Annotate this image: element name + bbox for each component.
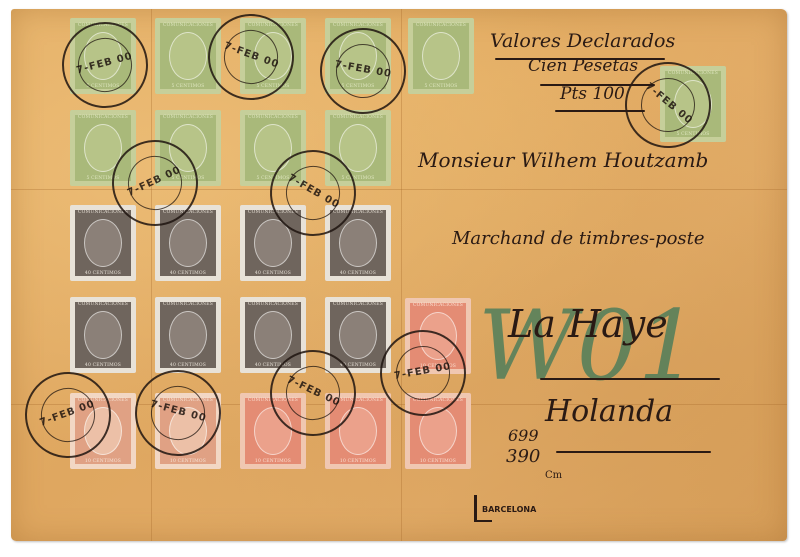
portrait-oval-icon <box>169 32 207 80</box>
declared-value-line2: Cien Pesetas <box>528 56 638 76</box>
portrait-oval-icon <box>254 311 292 359</box>
postmark-date: 7-FEB 00 <box>27 394 108 432</box>
stamp-value-label: 10 CENTIMOS <box>255 459 291 464</box>
stamp-top-label: COMUNICACIONES <box>163 115 213 120</box>
underline <box>556 451 711 453</box>
declared-value-line3: Pts 100 <box>560 84 625 104</box>
stamp-top-label: COMUNICACIONES <box>163 302 213 307</box>
registry-number-1: 699 <box>508 426 539 445</box>
boxed-stamp-text: BARCELONA <box>482 505 536 514</box>
destination-city: La Haye <box>508 302 668 346</box>
stamp-top-label: COMUNICACIONES <box>416 23 466 28</box>
portrait-oval-icon <box>422 32 460 80</box>
stamp-value-label: 10 CENTIMOS <box>420 459 456 464</box>
postmark-date: 7-FEB 00 <box>64 48 146 80</box>
portrait-oval-icon <box>339 311 377 359</box>
underline <box>555 110 645 112</box>
stamp-value-label: 40 CENTIMOS <box>170 271 206 276</box>
stamp-top-label: COMUNICACIONES <box>78 302 128 307</box>
stamp-top-label: COMUNICACIONES <box>78 115 128 120</box>
stamp-value-label: 40 CENTIMOS <box>170 363 206 368</box>
stamp-top-label: COMUNICACIONES <box>333 302 383 307</box>
stamp-design: COMUNICACIONES40 CENTIMOS <box>160 302 216 368</box>
stamp-value-label: 40 CENTIMOS <box>85 271 121 276</box>
destination-country: Holanda <box>545 394 673 429</box>
addressee-occupation: Marchand de timbres-poste <box>452 228 705 249</box>
stamp-value-label: 10 CENTIMOS <box>340 459 376 464</box>
stamp-value-label: 40 CENTIMOS <box>255 271 291 276</box>
weight-unit: Cm <box>545 470 562 481</box>
stamp-value-label: 40 CENTIMOS <box>340 271 376 276</box>
stamp-top-label: COMUNICACIONES <box>78 210 128 215</box>
stamp-top-label: COMUNICACIONES <box>333 115 383 120</box>
paper-crease <box>151 9 152 541</box>
registry-number-2: 390 <box>506 446 540 467</box>
declared-value-line1: Valores Declarados <box>490 30 675 52</box>
portrait-oval-icon <box>339 219 377 267</box>
postage-stamp: COMUNICACIONES40 CENTIMOS <box>70 297 136 373</box>
postage-stamp: COMUNICACIONES40 CENTIMOS <box>155 297 221 373</box>
stamp-value-label: 10 CENTIMOS <box>170 459 206 464</box>
stamp-value-label: 40 CENTIMOS <box>85 363 121 368</box>
boxed-stamp-bracket <box>474 495 477 521</box>
boxed-stamp-bracket <box>474 520 492 522</box>
stamp-value-label: 10 CENTIMOS <box>85 459 121 464</box>
stamp-top-label: COMUNICACIONES <box>248 115 298 120</box>
stamp-top-label: COMUNICACIONES <box>163 23 213 28</box>
portrait-oval-icon <box>169 311 207 359</box>
addressee-name: Monsieur Wilhem Houtzamb <box>418 148 708 172</box>
portrait-oval-icon <box>84 219 122 267</box>
postage-stamp: COMUNICACIONES40 CENTIMOS <box>70 205 136 281</box>
stamp-design: COMUNICACIONES40 CENTIMOS <box>75 302 131 368</box>
portrait-oval-icon <box>84 311 122 359</box>
stamp-top-label: COMUNICACIONES <box>413 303 463 308</box>
postmark-date: 7-FEB 00 <box>137 396 219 428</box>
stamp-value-label: 5 CENTIMOS <box>171 84 204 89</box>
stamp-design: COMUNICACIONES5 CENTIMOS <box>413 23 469 89</box>
postmark-date: 7-FEB 00 <box>322 57 405 82</box>
portrait-oval-icon <box>169 219 207 267</box>
postmark-date: 7-FEB 00 <box>381 359 464 384</box>
postmark-date: 7-FEB 00 <box>211 36 292 74</box>
postmark-date: 7-FEB 00 <box>275 166 352 217</box>
postmark-date: 7-FEB 00 <box>634 73 704 134</box>
underline <box>540 378 720 380</box>
stamp-value-label: 5 CENTIMOS <box>424 84 457 89</box>
postage-stamp: COMUNICACIONES5 CENTIMOS <box>408 18 474 94</box>
stamp-design: COMUNICACIONES40 CENTIMOS <box>75 210 131 276</box>
postmark-date: 7-FEB 00 <box>115 159 194 204</box>
postmark-date: 7-FEB 00 <box>274 369 353 414</box>
stamp-top-label: COMUNICACIONES <box>248 302 298 307</box>
